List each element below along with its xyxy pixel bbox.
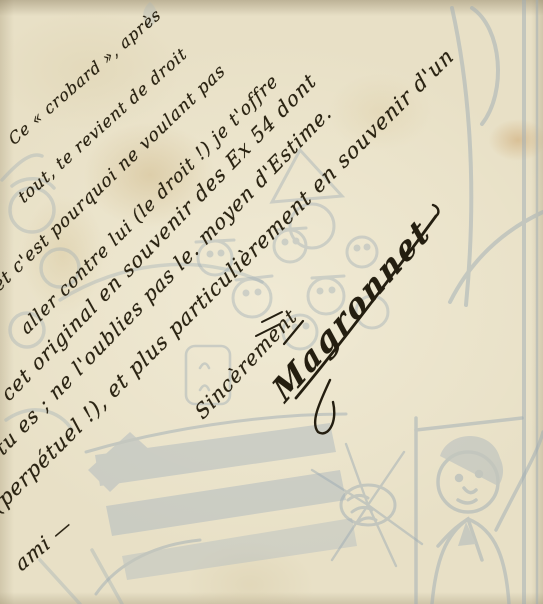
signature-flourish — [0, 0, 543, 604]
letter-paper: Ce « crobard », après tout, te revient d… — [0, 0, 543, 604]
